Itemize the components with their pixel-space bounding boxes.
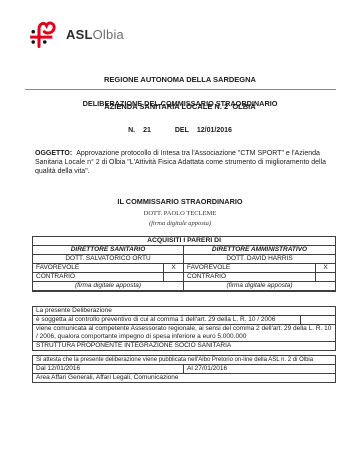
control-row-preventive-mark [301,316,336,325]
number-label: N. [128,127,135,134]
table-row: è soggetta al controllo preventivo di cu… [33,316,336,325]
subject-text: Approvazione protocollo di Intesa tra l'… [35,150,326,175]
publication-date-from: Dal 12/01/2016 [33,365,184,374]
table-row: Dal 12/01/2016 Al 27/01/2016 [33,365,336,374]
table-row: DOTT. SALVATORICO ORTU DOTT. DAVID HARRI… [33,255,336,264]
administrative-signature-note: (firma digitale apposta) [184,282,336,292]
opinions-table: ACQUISITI I PARERI DI DIRETTORE SANITARI… [32,236,336,292]
deliberation-document-page: ASLOlbia REGIONE AUTONOMA DELLA SARDEGNA… [0,0,360,466]
table-row: DIRETTORE SANITARIO DIRETTORE AMMINISTRA… [33,246,336,255]
publication-table: Si attesta che la presente deliberazione… [32,355,336,383]
administrative-contrary-mark [316,273,336,282]
control-row-intro: La presente Deliberazione [33,307,336,316]
header-divider [25,89,336,90]
deliberation-date: 12/01/2016 [197,127,232,134]
logo-city-text: Olbia [93,27,124,42]
administrative-favorable-mark: X [316,264,336,273]
sanitary-contrary-mark [164,273,184,282]
region-line: REGIONE AUTONOMA DELLA SARDEGNA [0,75,360,84]
commissioner-name: DOTT. PAOLO TECLEME [0,210,360,217]
publication-attestation: Si attesta che la presente deliberazione… [33,356,336,365]
table-row: Area Affari Generali, Affari Legali, Com… [33,374,336,383]
table-row: viene comunicata al competente Assessora… [33,325,336,342]
deliberation-number: 21 [143,127,151,134]
table-row: Si attesta che la presente deliberazione… [33,356,336,365]
administrative-director-name: DOTT. DAVID HARRIS [184,255,336,264]
table-row: ACQUISITI I PARERI DI [33,237,336,246]
deliberation-number-line: N. 21 DEL 12/01/2016 [0,127,360,134]
table-row: FAVOREVOLE X FAVOREVOLE X [33,264,336,273]
administrative-director-role: DIRETTORE AMMINISTRATIVO [184,246,336,255]
sanitary-director-role: DIRETTORE SANITARIO [33,246,184,255]
subject-paragraph: OGGETTO:Approvazione protocollo di Intes… [35,149,328,176]
asl-cross-heart-icon [27,18,59,50]
date-label: DEL [175,127,189,134]
commissioner-title: IL COMMISSARIO STRAORDINARIO [0,197,360,206]
publication-date-to: Al 27/01/2016 [184,365,336,374]
sanitary-favorable-mark: X [164,264,184,273]
publication-office: Area Affari Generali, Affari Legali, Com… [33,374,336,383]
table-row: La presente Deliberazione [33,307,336,316]
control-row-communication: viene comunicata al competente Assessora… [33,325,336,342]
table-row: CONTRARIO CONTRARIO [33,273,336,282]
opinions-table-header: ACQUISITI I PARERI DI [33,237,336,246]
commissioner-signature-note: (firma digitale apposta) [0,220,360,227]
sanitary-director-name: DOTT. SALVATORICO ORTU [33,255,184,264]
control-table: La presente Deliberazione è soggetta al … [32,306,336,351]
administrative-contrary-label: CONTRARIO [184,273,316,282]
logo-asl-text: ASL [66,27,93,42]
subject-label: OGGETTO: [35,150,72,157]
table-row: (firma digitale apposta) (firma digitale… [33,282,336,292]
administrative-favorable-label: FAVOREVOLE [184,264,316,273]
sanitary-signature-note: (firma digitale apposta) [33,282,184,292]
document-title: DELIBERAZIONE DEL COMMISSARIO STRAORDINA… [0,99,360,108]
asl-olbia-logo: ASLOlbia [27,18,124,50]
table-row: STRUTTURA PROPONENTE INTEGRAZIONE SOCIO … [33,342,336,351]
organization-header: REGIONE AUTONOMA DELLA SARDEGNA AZIENDA … [0,57,360,129]
sanitary-favorable-label: FAVOREVOLE [33,264,164,273]
sanitary-contrary-label: CONTRARIO [33,273,164,282]
control-row-preventive: è soggetta al controllo preventivo di cu… [33,316,301,325]
commissioner-block: IL COMMISSARIO STRAORDINARIO DOTT. PAOLO… [0,197,360,227]
proposing-structure: STRUTTURA PROPONENTE INTEGRAZIONE SOCIO … [33,342,336,351]
logo-wordmark: ASLOlbia [66,27,124,42]
